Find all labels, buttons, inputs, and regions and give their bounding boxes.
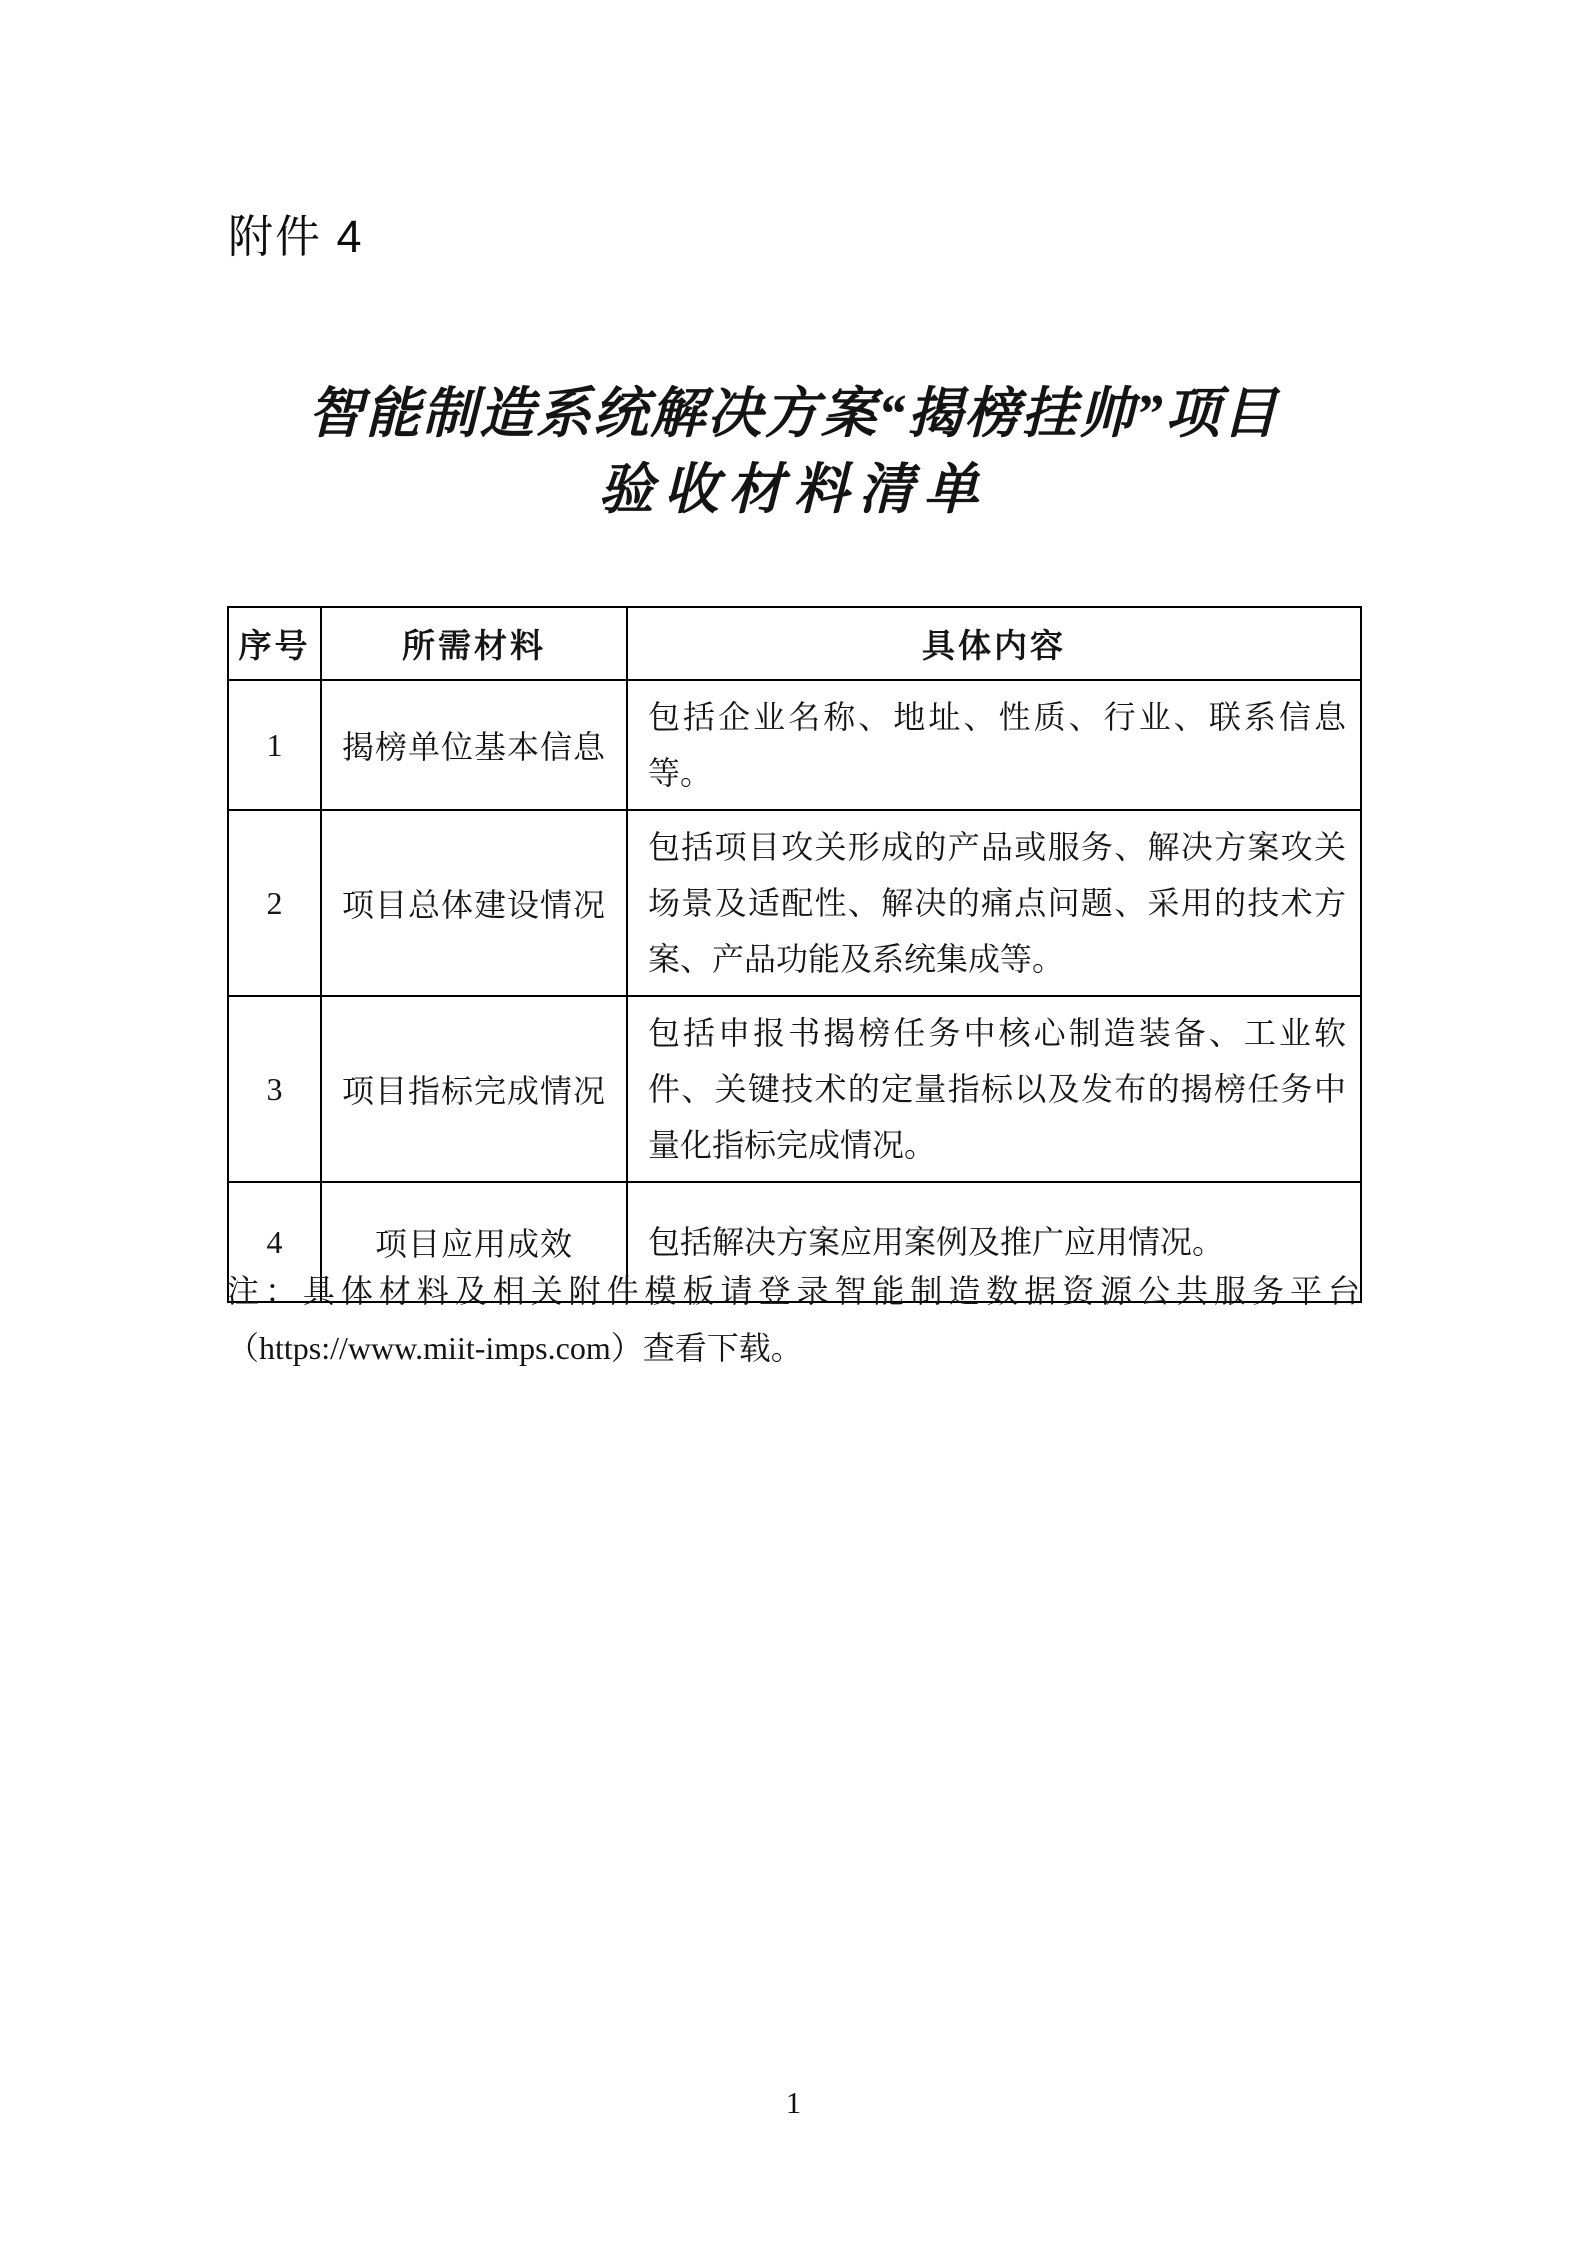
materials-table: 序号 所需材料 具体内容 1 揭榜单位基本信息 包括企业名称、地址、性质、行业、…	[227, 606, 1362, 1303]
table-header-row: 序号 所需材料 具体内容	[228, 607, 1361, 680]
attachment-label: 附件 4	[228, 200, 364, 265]
row1-content: 包括企业名称、地址、性质、行业、联系信息等。	[627, 680, 1361, 810]
footnote-line1: 注：具体材料及相关附件模板请登录智能制造数据资源公共服务平台	[227, 1263, 1360, 1320]
column-header-no: 序号	[228, 607, 321, 680]
row1-no: 1	[228, 680, 321, 810]
row2-material: 项目总体建设情况	[321, 810, 627, 996]
row3-no: 3	[228, 996, 321, 1182]
table-row: 1 揭榜单位基本信息 包括企业名称、地址、性质、行业、联系信息等。	[228, 680, 1361, 810]
document-title: 智能制造系统解决方案“揭榜挂帅”项目 验收材料清单	[0, 383, 1587, 521]
document-title-line2: 验收材料清单	[0, 459, 1587, 521]
row3-material: 项目指标完成情况	[321, 996, 627, 1182]
row2-content: 包括项目攻关形成的产品或服务、解决方案攻关场景及适配性、解决的痛点问题、采用的技…	[627, 810, 1361, 996]
page-number: 1	[0, 2085, 1587, 2121]
table-row: 2 项目总体建设情况 包括项目攻关形成的产品或服务、解决方案攻关场景及适配性、解…	[228, 810, 1361, 996]
document-page: 附件 4 智能制造系统解决方案“揭榜挂帅”项目 验收材料清单 序号 所需材料 具…	[0, 0, 1587, 2245]
table-row: 3 项目指标完成情况 包括申报书揭榜任务中核心制造装备、工业软件、关键技术的定量…	[228, 996, 1361, 1182]
row1-material: 揭榜单位基本信息	[321, 680, 627, 810]
document-title-line1: 智能制造系统解决方案“揭榜挂帅”项目	[0, 383, 1587, 445]
column-header-content: 具体内容	[627, 607, 1361, 680]
footnote: 注：具体材料及相关附件模板请登录智能制造数据资源公共服务平台 （https://…	[227, 1263, 1360, 1377]
footnote-line2: （https://www.miit-imps.com）查看下载。	[227, 1320, 1360, 1377]
row2-no: 2	[228, 810, 321, 996]
row3-content: 包括申报书揭榜任务中核心制造装备、工业软件、关键技术的定量指标以及发布的揭榜任务…	[627, 996, 1361, 1182]
column-header-material: 所需材料	[321, 607, 627, 680]
